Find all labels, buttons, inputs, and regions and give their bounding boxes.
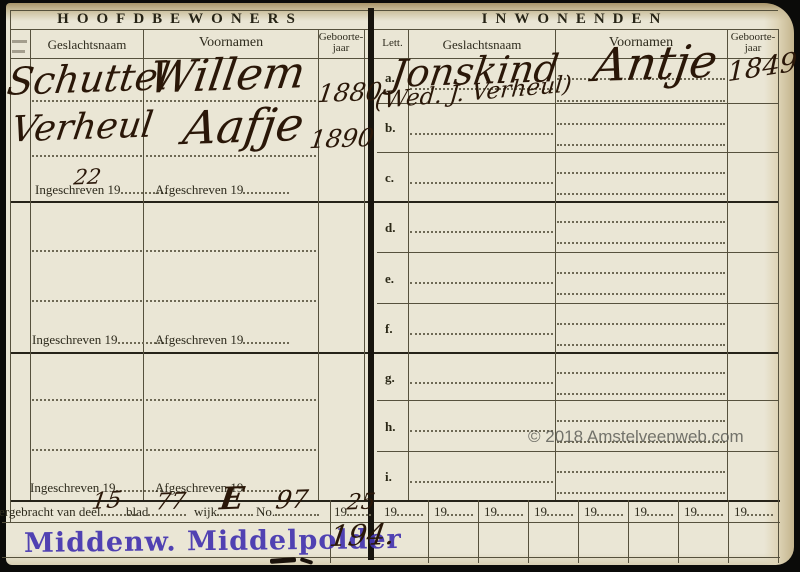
afgeschreven-text: Afgeschreven 19 bbox=[155, 182, 243, 197]
ingeschreven-label: Ingeschreven 19 bbox=[32, 331, 164, 348]
row-letter: b. bbox=[385, 120, 395, 136]
rule-thick bbox=[10, 500, 780, 502]
dotted-rule bbox=[557, 144, 725, 146]
year-col: 19 bbox=[584, 503, 623, 520]
dotted-rule bbox=[32, 250, 142, 252]
handwriting-firstname: Aafje bbox=[180, 101, 306, 151]
wijk-text: wijk bbox=[194, 504, 217, 519]
dotted-rule bbox=[557, 100, 725, 102]
year-label: 19 bbox=[734, 504, 747, 519]
year-col: 19 bbox=[684, 503, 723, 520]
year-col: 19 bbox=[484, 503, 523, 520]
dotted-rule bbox=[557, 372, 725, 374]
no-text: No. bbox=[256, 504, 275, 519]
dotted-rule bbox=[146, 155, 316, 157]
right-section-title: INWONENDEN bbox=[430, 11, 720, 28]
dotted-rule bbox=[410, 133, 553, 135]
handwriting-firstname: Willem bbox=[146, 51, 308, 100]
col-header-lett: Lett. bbox=[377, 37, 408, 49]
geboortejaar-line2: jaar bbox=[333, 42, 349, 54]
dotted-rule bbox=[410, 282, 553, 284]
dotted-rule bbox=[146, 449, 316, 451]
dotted-rule bbox=[32, 449, 142, 451]
row-letter: d. bbox=[385, 220, 395, 236]
year-label: 19 bbox=[534, 504, 547, 519]
col-header-geboortejaar: Geboorte- jaar bbox=[318, 32, 364, 54]
rule bbox=[728, 500, 729, 563]
rule bbox=[377, 451, 778, 452]
copyright-watermark: © 2018 Amstelveenweb.com bbox=[528, 427, 744, 447]
year-label: 19 bbox=[634, 504, 647, 519]
margin-text-fragment bbox=[12, 50, 25, 53]
dotted-rule bbox=[32, 155, 142, 157]
dotted-lead bbox=[497, 503, 523, 516]
handwriting-wijk: E bbox=[218, 484, 246, 516]
dotted-lead bbox=[697, 503, 723, 516]
row-letter: g. bbox=[385, 370, 395, 386]
col-header-geslachtsnaam: Geslachtsnaam bbox=[32, 37, 142, 53]
dotted-lead bbox=[597, 503, 623, 516]
dotted-rule bbox=[557, 293, 725, 295]
year-label: 19 bbox=[434, 504, 447, 519]
rule bbox=[377, 400, 778, 401]
dotted-rule bbox=[557, 193, 725, 195]
blad-text: blad bbox=[126, 504, 148, 519]
dotted-lead bbox=[647, 503, 673, 516]
rule bbox=[778, 29, 779, 563]
dotted-rule bbox=[557, 393, 725, 395]
dotted-rule bbox=[32, 399, 142, 401]
ingeschreven-text: Ingeschreven 19 bbox=[32, 332, 118, 347]
handwriting-surname: Verheul bbox=[9, 108, 155, 149]
rule bbox=[528, 500, 529, 563]
rule bbox=[143, 30, 144, 500]
handwriting-blad: 77 bbox=[154, 490, 187, 514]
handwriting-deel: 15 bbox=[90, 489, 123, 514]
year-col: 19 bbox=[734, 503, 773, 520]
handwriting-register-number: 194. bbox=[328, 520, 397, 551]
year-label: 19 bbox=[584, 504, 597, 519]
margin-text-fragment bbox=[12, 40, 27, 43]
rule bbox=[377, 303, 778, 304]
dotted-rule bbox=[410, 481, 553, 483]
handwriting-no: 97 bbox=[274, 486, 310, 512]
row-letter: f. bbox=[385, 321, 393, 337]
dotted-lead bbox=[547, 503, 573, 516]
scanned-register-card: HOOFDBEWONERS INWONENDEN Geslachtsnaam V… bbox=[0, 0, 800, 572]
dotted-rule bbox=[410, 182, 553, 184]
rule bbox=[377, 152, 778, 153]
rule bbox=[628, 500, 629, 563]
handwriting-firstname: Antje bbox=[590, 38, 720, 88]
dotted-lead bbox=[243, 331, 289, 344]
dotted-rule bbox=[146, 399, 316, 401]
rule bbox=[478, 500, 479, 563]
left-section-title: HOOFDBEWONERS bbox=[40, 11, 320, 28]
handwriting-birthyear: 1890 bbox=[308, 125, 376, 152]
dotted-rule bbox=[410, 382, 553, 384]
handwriting-ingeschreven-year: 22 bbox=[72, 167, 102, 189]
rule-thick bbox=[10, 201, 778, 203]
dotted-lead bbox=[397, 503, 423, 516]
dotted-rule bbox=[32, 300, 142, 302]
dotted-rule bbox=[557, 420, 725, 422]
dotted-rule bbox=[557, 272, 725, 274]
rule bbox=[10, 29, 778, 30]
row-letter: h. bbox=[385, 419, 395, 435]
dotted-rule bbox=[557, 123, 725, 125]
dotted-lead bbox=[747, 503, 773, 516]
dotted-rule bbox=[557, 242, 725, 244]
row-letter: i. bbox=[385, 469, 392, 485]
ingeschreven-label: Ingeschreven 19 bbox=[35, 181, 167, 198]
handwriting-birthyear: 1880 bbox=[316, 79, 384, 106]
afgeschreven-text: Afgeschreven 19 bbox=[155, 332, 243, 347]
dotted-lead bbox=[243, 181, 289, 194]
year-col: 19 bbox=[634, 503, 673, 520]
transfer-text: overgebracht van deel bbox=[0, 504, 101, 519]
rule bbox=[377, 252, 778, 253]
row-letter: c. bbox=[385, 170, 394, 186]
year-col: 19 bbox=[434, 503, 473, 520]
year-col: 19 bbox=[534, 503, 573, 520]
dotted-rule bbox=[557, 172, 725, 174]
dotted-rule bbox=[557, 492, 725, 494]
afgeschreven-label: Afgeschreven 19 bbox=[155, 331, 289, 348]
rule-thick bbox=[10, 352, 778, 354]
dotted-rule bbox=[146, 300, 316, 302]
dotted-rule bbox=[557, 471, 725, 473]
dotted-rule bbox=[557, 221, 725, 223]
year-label: 19 bbox=[484, 504, 497, 519]
dotted-lead bbox=[447, 503, 473, 516]
dotted-rule bbox=[410, 333, 553, 335]
dotted-rule bbox=[557, 344, 725, 346]
dotted-rule bbox=[410, 231, 553, 233]
rule bbox=[678, 500, 679, 563]
handwriting-year-value: 25 bbox=[345, 492, 376, 515]
row-letter: e. bbox=[385, 271, 394, 287]
rule bbox=[578, 500, 579, 563]
year-label: 19 bbox=[684, 504, 697, 519]
rule bbox=[428, 500, 429, 563]
dotted-rule bbox=[146, 250, 316, 252]
dotted-rule bbox=[557, 323, 725, 325]
afgeschreven-label: Afgeschreven 19 bbox=[155, 181, 289, 198]
